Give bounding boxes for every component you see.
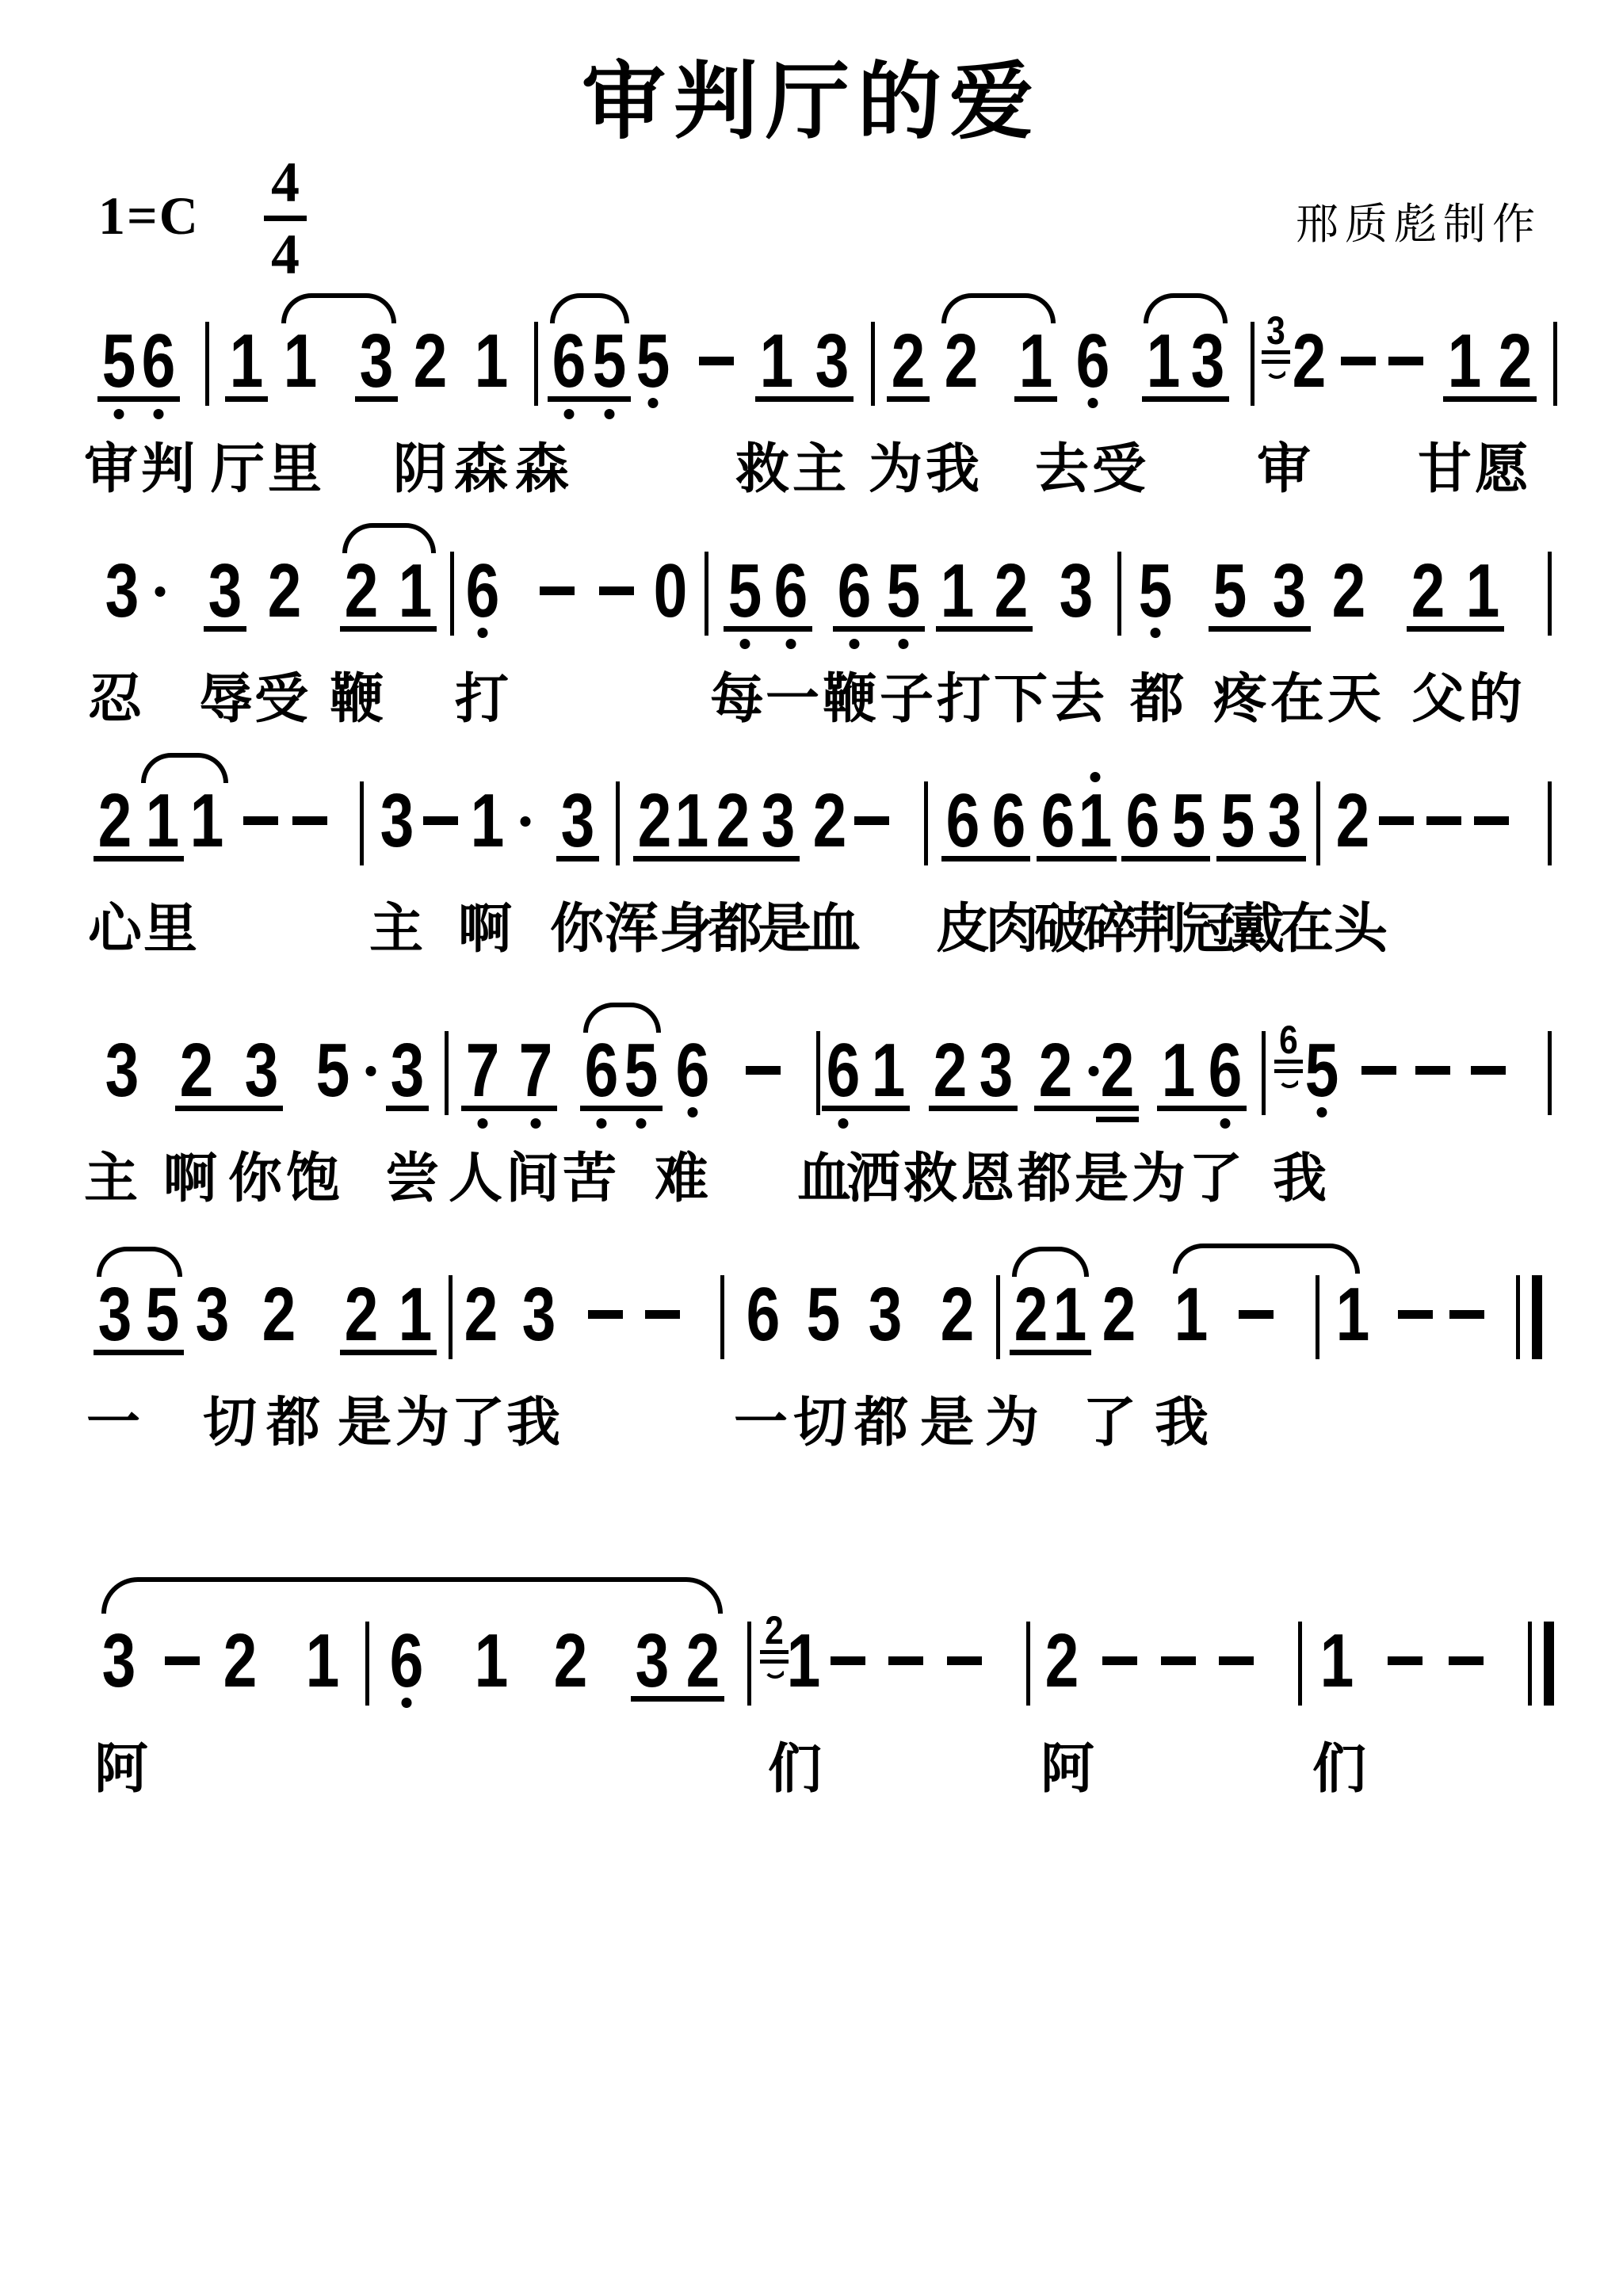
- lyric-char: 每: [710, 672, 764, 726]
- duration-dash: [1239, 1310, 1274, 1319]
- note-digit: 3: [105, 1033, 139, 1109]
- lyric-char: 为: [1132, 1152, 1186, 1205]
- final-barline-thick: [1544, 1622, 1554, 1706]
- note-digit: 5: [593, 323, 627, 399]
- barline: [1298, 1622, 1302, 1706]
- lyric-char: 饱: [286, 1152, 340, 1205]
- lyric-char: 忍: [88, 672, 142, 726]
- score-row: 321612322121阿们阿们: [0, 1631, 1623, 1821]
- barline: [360, 781, 364, 865]
- note-digit: 6: [585, 1033, 619, 1109]
- lyric-char: 救: [735, 442, 789, 496]
- note-digit: 1: [230, 323, 264, 399]
- barline: [720, 1275, 724, 1359]
- note-digit: 2: [1039, 1033, 1073, 1109]
- beam-underline: [204, 626, 246, 632]
- barline: [1548, 552, 1552, 636]
- duration-dash: [1449, 1656, 1484, 1665]
- grace-hook: [1265, 366, 1289, 379]
- lyric-char: 主: [792, 442, 846, 496]
- note-digit: 2: [945, 323, 979, 399]
- lyric-char: 的: [1468, 672, 1522, 726]
- lyric-char: 了: [1083, 1396, 1136, 1450]
- barline: [1117, 552, 1121, 636]
- lyric-char: 人: [449, 1152, 502, 1205]
- lyric-char: 荆: [1132, 902, 1186, 956]
- slur-arc: [342, 523, 436, 553]
- lyric-char: 难: [655, 1152, 708, 1205]
- lyric-char: 救: [903, 1152, 957, 1205]
- duration-dash: [1471, 1066, 1506, 1075]
- low-octave-dot: [1317, 1107, 1327, 1117]
- low-octave-dot: [838, 1118, 849, 1129]
- note-digit: 5: [1221, 783, 1255, 859]
- note-digit: 3: [105, 553, 139, 629]
- note-digit: 1: [787, 1623, 821, 1699]
- augmentation-dot: [155, 586, 166, 597]
- note-digit: 1: [399, 553, 433, 629]
- lyric-char: 碎: [1083, 902, 1137, 956]
- low-octave-dot: [648, 398, 659, 408]
- note-digit: 1: [1466, 553, 1500, 629]
- barline: [1548, 781, 1552, 865]
- lyric-char: 我: [926, 442, 980, 496]
- high-octave-dot: [1090, 772, 1101, 782]
- barline: [871, 322, 875, 406]
- note-digit: 1: [1019, 323, 1053, 399]
- note-digit: 3: [380, 783, 414, 859]
- duration-dash: [831, 1656, 865, 1665]
- slur-arc: [1012, 1247, 1089, 1277]
- note-digit: 6: [142, 323, 176, 399]
- note-digit: 3: [196, 1277, 230, 1353]
- barline: [816, 1031, 820, 1115]
- lyric-char: 都: [708, 902, 762, 956]
- grace-underline: [1262, 360, 1290, 364]
- lyric-char: 愿: [1475, 442, 1529, 496]
- lyric-char: 你: [550, 902, 604, 956]
- note-digit: 6: [838, 553, 872, 629]
- slur-arc: [941, 293, 1056, 323]
- lyric-char: 天: [1327, 672, 1381, 726]
- note-digit: 2: [98, 783, 132, 859]
- note-digit: 2: [1411, 553, 1445, 629]
- lyric-char: 打: [937, 672, 991, 726]
- note-digit: 2: [345, 553, 379, 629]
- lyric-char: 判: [141, 442, 195, 496]
- lyric-char: 心: [88, 902, 142, 956]
- grace-hook: [763, 1666, 787, 1679]
- note-digit: 2: [554, 1623, 588, 1699]
- lyric-char: 在: [1280, 902, 1334, 956]
- lyric-char: 苦: [563, 1152, 617, 1205]
- note-digit: 7: [519, 1033, 553, 1109]
- note-digit: 3: [1268, 783, 1302, 859]
- barline: [1316, 1275, 1319, 1359]
- duration-dash: [1474, 816, 1509, 825]
- beam-underline: [556, 856, 599, 861]
- duration-dash: [1379, 816, 1414, 825]
- note-digit: 1: [1174, 1277, 1209, 1353]
- barline: [1548, 1031, 1552, 1115]
- note-digit: 3: [98, 1277, 132, 1353]
- score-row: 35322123653221211一切都是为了我一切都是为了我: [0, 1285, 1623, 1475]
- grace-digit: 3: [1266, 311, 1285, 350]
- note-digit: 6: [827, 1033, 861, 1109]
- lyric-char: 去: [1051, 672, 1105, 726]
- note-digit: 1: [872, 1033, 906, 1109]
- grace-digit: 2: [765, 1610, 784, 1650]
- slur-arc: [1173, 1244, 1360, 1274]
- note-digit: 5: [316, 1033, 350, 1109]
- note-digit: 1: [1336, 1277, 1370, 1353]
- duration-dash: [1219, 1656, 1254, 1665]
- note-digit: 1: [1079, 783, 1113, 859]
- beam-underline: [225, 396, 268, 402]
- lyric-char: 戴: [1231, 902, 1285, 956]
- score-row: 21131321232666165532心里主啊你浑身都是血皮肉破碎荆冠戴在头: [0, 791, 1623, 981]
- low-octave-dot: [531, 1118, 541, 1129]
- low-octave-dot: [597, 1118, 607, 1129]
- low-octave-dot: [564, 409, 575, 419]
- grace-underline: [1262, 350, 1290, 354]
- grace-underline: [1274, 1069, 1303, 1073]
- note-digit: 3: [522, 1277, 556, 1353]
- duration-dash: [588, 1310, 623, 1319]
- augmentation-dot: [366, 1066, 376, 1076]
- note-digit: 5: [1213, 553, 1247, 629]
- note-digit: 2: [464, 1277, 498, 1353]
- note-digit: 2: [941, 1277, 975, 1353]
- low-octave-dot: [1088, 398, 1098, 408]
- lyric-char: 为: [395, 1396, 449, 1450]
- slur-arc: [141, 753, 228, 783]
- barline: [1262, 1031, 1266, 1115]
- low-octave-dot: [1220, 1118, 1231, 1129]
- augmentation-dot: [521, 816, 531, 827]
- lyric-char: 辱: [199, 672, 253, 726]
- note-digit: 2: [716, 783, 750, 859]
- duration-dash: [699, 357, 734, 365]
- note-digit: 5: [102, 323, 136, 399]
- note-digit: 5: [636, 323, 670, 399]
- duration-dash: [854, 816, 889, 825]
- note-digit: 6: [946, 783, 980, 859]
- note-digit: 2: [1499, 323, 1533, 399]
- beam-underline: [887, 396, 930, 402]
- lyric-char: 切: [203, 1396, 257, 1450]
- barline: [450, 552, 454, 636]
- duration-dash: [165, 1656, 200, 1665]
- note-digit: 6: [1041, 783, 1075, 859]
- beam-underline: [355, 396, 398, 402]
- lyric-char: 里: [143, 902, 197, 956]
- note-digit: 1: [475, 323, 509, 399]
- beam-underline: [386, 1106, 429, 1111]
- lyric-char: 冠: [1182, 902, 1235, 956]
- slur-arc: [583, 1003, 661, 1033]
- note-digit: 1: [941, 553, 975, 629]
- lyric-char: 是: [920, 1396, 974, 1450]
- low-octave-dot: [899, 639, 909, 649]
- lyric-char: 都: [266, 1396, 320, 1450]
- note-digit: 3: [980, 1033, 1014, 1109]
- lyric-char: 我: [506, 1396, 560, 1450]
- lyric-char: 一: [86, 1396, 140, 1450]
- slur-arc: [1144, 293, 1228, 323]
- note-digit: 1: [1147, 323, 1181, 399]
- note-digit: 2: [1101, 1033, 1135, 1109]
- lyric-char: 鞭: [823, 672, 876, 726]
- note-digit: 2: [414, 323, 448, 399]
- low-octave-dot: [402, 1698, 412, 1708]
- barline: [705, 552, 708, 636]
- duration-dash: [423, 816, 458, 825]
- lyric-char: 都: [1018, 1152, 1071, 1205]
- lyric-char: 父: [1411, 672, 1465, 726]
- note-digit: 2: [934, 1033, 968, 1109]
- note-digit: 6: [676, 1033, 710, 1109]
- note-digit: 1: [1320, 1623, 1354, 1699]
- note-digit: 2: [180, 1033, 214, 1109]
- augmentation-dot: [1089, 1066, 1099, 1076]
- note-digit: 6: [747, 1277, 781, 1353]
- barline: [449, 1275, 453, 1359]
- lyric-char: 都: [1130, 672, 1184, 726]
- note-digit: 6: [552, 323, 586, 399]
- lyric-char: 尝: [385, 1152, 439, 1205]
- lyric-char: 去: [1035, 442, 1089, 496]
- duration-dash: [1426, 816, 1461, 825]
- barline: [445, 1031, 449, 1115]
- note-digit: 2: [223, 1623, 258, 1699]
- note-digit: 1: [146, 783, 180, 859]
- note-digit: 2: [1336, 783, 1370, 859]
- duration-dash: [1449, 1310, 1484, 1319]
- duration-dash: [1341, 357, 1376, 365]
- note-digit: 6: [466, 553, 500, 629]
- lyric-char: 下: [994, 672, 1048, 726]
- barline: [1026, 1622, 1030, 1706]
- note-digit: 2: [1293, 323, 1327, 399]
- lyric-char: 为: [985, 1396, 1039, 1450]
- lyric-char: 浑: [605, 902, 659, 956]
- slur-arc: [101, 1577, 723, 1614]
- note-digit: 3: [245, 1033, 279, 1109]
- score-row: 33221605665123553221忍辱受鞭打每一鞭子打下去都疼在天父的: [0, 561, 1623, 751]
- lyric-char: 血: [797, 1152, 851, 1205]
- barline: [616, 781, 620, 865]
- note-digit: 5: [1139, 553, 1173, 629]
- duration-dash: [1161, 1656, 1196, 1665]
- note-digit: 6: [390, 1623, 424, 1699]
- note-digit: 3: [762, 783, 796, 859]
- note-digit: 6: [1126, 783, 1160, 859]
- note-digit: 1: [190, 783, 224, 859]
- note-digit: 2: [995, 553, 1029, 629]
- note-digit: 1: [760, 323, 794, 399]
- low-octave-dot: [605, 409, 615, 419]
- grace-underline: [1274, 1060, 1303, 1064]
- low-octave-dot: [1151, 628, 1161, 638]
- sheet-music-page: 审判厅的爱 1=C 4 4 邢质彪制作 56113216551322161332…: [0, 0, 1623, 2296]
- grace-digit: 6: [1279, 1020, 1298, 1060]
- note-digit: 2: [1045, 1623, 1079, 1699]
- duration-dash: [243, 816, 278, 825]
- lyric-char: 身: [659, 902, 713, 956]
- final-barline-thin: [1528, 1622, 1532, 1706]
- beam-underline-second: [1096, 1117, 1139, 1122]
- lyric-char: 肉: [985, 902, 1039, 956]
- note-digit: 6: [1076, 323, 1110, 399]
- note-digit: 3: [636, 1623, 670, 1699]
- note-digit: 2: [892, 323, 926, 399]
- score-row: 5611321655132216133212审判厅里阴森森救主为我去受审甘愿: [0, 331, 1623, 521]
- lyric-char: 甘: [1418, 442, 1472, 496]
- duration-dash: [1388, 357, 1423, 365]
- lyric-char: 阿: [1041, 1742, 1094, 1796]
- lyric-char: 是: [338, 1396, 391, 1450]
- score-row: 32353776566123221665主啊你饱尝人间苦难血洒救恩都是为了我: [0, 1041, 1623, 1231]
- note-digit: 5: [728, 553, 762, 629]
- note-digit: 2: [1102, 1277, 1136, 1353]
- lyric-char: 破: [1034, 902, 1088, 956]
- barline: [534, 322, 538, 406]
- note-digit: 1: [306, 1623, 340, 1699]
- lyric-char: 洒: [846, 1152, 900, 1205]
- note-digit: 3: [1273, 553, 1307, 629]
- barline: [205, 322, 209, 406]
- lyric-char: 受: [254, 672, 308, 726]
- note-digit: 3: [391, 1033, 425, 1109]
- low-octave-dot: [786, 639, 796, 649]
- duration-dash: [746, 1066, 781, 1075]
- note-digit: 6: [774, 553, 808, 629]
- note-digit: 5: [807, 1277, 841, 1353]
- duration-dash: [888, 1656, 923, 1665]
- lyric-char: 我: [1273, 1152, 1327, 1205]
- note-digit: 6: [992, 783, 1026, 859]
- lyric-char: 一: [766, 672, 819, 726]
- lyric-char: 疼: [1213, 672, 1267, 726]
- duration-dash: [599, 586, 634, 595]
- lyric-char: 都: [854, 1396, 908, 1450]
- note-digit: 3: [815, 323, 850, 399]
- note-digit: 1: [1053, 1277, 1087, 1353]
- note-digit: 3: [102, 1623, 136, 1699]
- lyric-char: 主: [84, 1152, 138, 1205]
- note-digit: 1: [1162, 1033, 1196, 1109]
- note-digit: 1: [1448, 323, 1482, 399]
- note-digit: 2: [262, 1277, 296, 1353]
- note-digit: 3: [1060, 553, 1094, 629]
- duration-dash: [540, 586, 575, 595]
- lyric-char: 了: [1189, 1152, 1243, 1205]
- lyric-char: 审: [1257, 442, 1311, 496]
- duration-dash: [645, 1310, 680, 1319]
- note-digit: 5: [624, 1033, 659, 1109]
- note-digit: 3: [1191, 323, 1225, 399]
- barline: [924, 781, 928, 865]
- low-octave-dot: [114, 409, 124, 419]
- grace-underline: [760, 1650, 789, 1654]
- slur-arc: [550, 293, 629, 323]
- lyric-char: 受: [1092, 442, 1146, 496]
- note-digit: 3: [561, 783, 595, 859]
- low-octave-dot: [478, 1118, 488, 1129]
- note-digit: 1: [284, 323, 318, 399]
- low-octave-dot: [740, 639, 750, 649]
- lyric-char: 们: [768, 1742, 822, 1796]
- note-digit: 2: [345, 1277, 379, 1353]
- barline: [1251, 322, 1254, 406]
- lyric-char: 阿: [94, 1742, 148, 1796]
- duration-dash: [947, 1656, 982, 1665]
- note-digit: 2: [1014, 1277, 1048, 1353]
- note-digit: 5: [1172, 783, 1206, 859]
- duration-dash: [1398, 1310, 1433, 1319]
- lyric-char: 间: [506, 1152, 559, 1205]
- final-barline-thin: [1516, 1275, 1520, 1359]
- barline: [365, 1622, 369, 1706]
- note-digit: 5: [146, 1277, 180, 1353]
- slur-arc: [281, 293, 396, 323]
- grace-underline: [760, 1660, 789, 1664]
- rest-digit: 0: [654, 553, 688, 629]
- lyric-char: 审: [84, 442, 138, 496]
- lyric-char: 我: [1155, 1396, 1209, 1450]
- note-digit: 2: [268, 553, 302, 629]
- lyric-char: 里: [268, 442, 322, 496]
- duration-dash: [1415, 1066, 1450, 1075]
- lyric-char: 头: [1334, 902, 1388, 956]
- lyric-char: 们: [1312, 1742, 1366, 1796]
- lyric-char: 啊: [163, 1152, 217, 1205]
- barline: [1316, 781, 1320, 865]
- note-digit: 3: [208, 553, 242, 629]
- lyric-char: 打: [455, 672, 509, 726]
- note-digit: 5: [1305, 1033, 1339, 1109]
- lyric-char: 皮: [936, 902, 990, 956]
- lyric-char: 厅: [211, 442, 265, 496]
- lyric-char: 是: [1075, 1152, 1128, 1205]
- duration-dash: [1388, 1656, 1423, 1665]
- score: 5611321655132216133212审判厅里阴森森救主为我去受审甘愿33…: [0, 0, 1623, 2296]
- note-digit: 1: [471, 783, 505, 859]
- barline: [996, 1275, 1000, 1359]
- lyric-char: 恩: [960, 1152, 1014, 1205]
- barline: [747, 1622, 751, 1706]
- note-digit: 7: [466, 1033, 500, 1109]
- duration-dash: [292, 816, 327, 825]
- note-digit: 2: [813, 783, 847, 859]
- lyric-char: 为: [869, 442, 922, 496]
- lyric-char: 阴: [393, 442, 447, 496]
- lyric-char: 森: [454, 442, 508, 496]
- low-octave-dot: [688, 1107, 698, 1117]
- grace-hook: [1277, 1075, 1301, 1088]
- final-barline-thick: [1532, 1275, 1542, 1359]
- note-digit: 2: [1332, 553, 1366, 629]
- lyric-char: 在: [1270, 672, 1324, 726]
- note-digit: 3: [360, 323, 394, 399]
- beam-underline: [1014, 396, 1057, 402]
- low-octave-dot: [850, 639, 860, 649]
- note-digit: 3: [869, 1277, 903, 1353]
- lyric-char: 鞭: [330, 672, 384, 726]
- lyric-char: 子: [880, 672, 934, 726]
- lyric-char: 主: [369, 902, 423, 956]
